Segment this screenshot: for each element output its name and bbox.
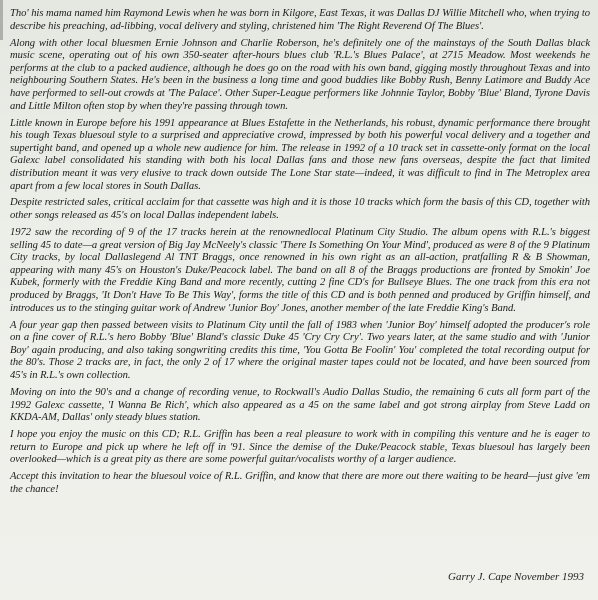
paragraph-blues-palace: Along with other local bluesmen Ernie Jo… xyxy=(10,38,590,114)
paragraph-europe: Little known in Europe before his 1991 a… xyxy=(10,118,590,194)
liner-notes-body: Tho' his mama named him Raymond Lewis wh… xyxy=(10,8,590,501)
paragraph-four-year-gap: A four year gap then passed between visi… xyxy=(10,320,590,383)
signature: Garry J. Cape November 1993 xyxy=(448,571,584,583)
scan-edge-shadow xyxy=(0,0,3,40)
paragraph-1972: 1972 saw the recording of 9 of the 17 tr… xyxy=(10,227,590,315)
paragraph-intro: Tho' his mama named him Raymond Lewis wh… xyxy=(10,8,590,33)
paragraph-invitation: Accept this invitation to hear the blues… xyxy=(10,471,590,496)
paragraph-acclaim: Despite restricted sales, critical accla… xyxy=(10,197,590,222)
paragraph-90s: Moving on into the 90's and a change of … xyxy=(10,387,590,425)
paragraph-enjoy: I hope you enjoy the music on this CD; R… xyxy=(10,429,590,467)
